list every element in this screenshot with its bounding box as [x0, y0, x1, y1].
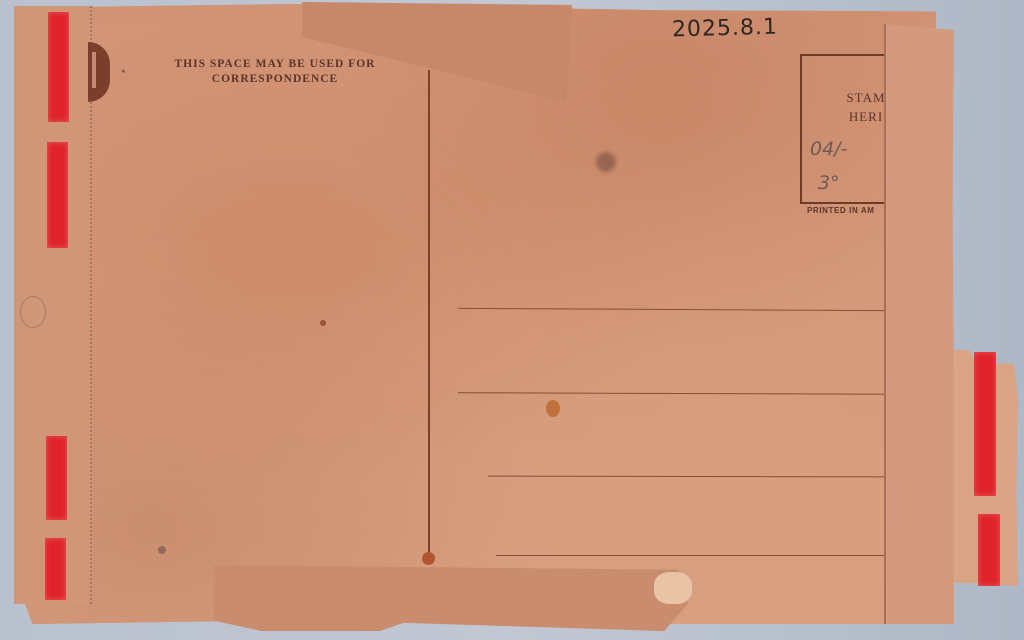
stain-dot-1: [320, 320, 326, 326]
handwritten-date: 2025.8.1: [672, 15, 779, 43]
tape-worn-patch: [654, 572, 692, 604]
red-bar-right-lower: [978, 514, 1000, 586]
stain-gray-spot: [596, 152, 616, 172]
printed-in-label: PRINTED IN AM: [807, 206, 875, 215]
correspondence-label: THIS SPACE MAY BE USED FOR CORRESPONDENC…: [130, 57, 420, 87]
red-bar-left-1: [48, 12, 69, 122]
asterisk-mark: *: [121, 68, 126, 78]
postcard-back: [14, 4, 936, 624]
right-paper-strip: [884, 24, 954, 624]
address-line-4: [496, 555, 890, 556]
paper-circle-mark: [20, 296, 46, 328]
red-bar-left-2: [47, 142, 68, 248]
correspondence-label-line2: CORRESPONDENCE: [130, 72, 420, 87]
red-bar-left-3: [46, 436, 67, 520]
correspondence-label-line1: THIS SPACE MAY BE USED FOR: [130, 57, 420, 72]
center-divider-line: [428, 70, 430, 564]
stamp-box: [800, 54, 890, 204]
stain-brown-spot: [546, 400, 560, 417]
ink-blot: [422, 552, 435, 565]
tape-bottom: [214, 563, 688, 631]
pencil-code-note: 3°: [818, 172, 840, 194]
red-bar-right-upper: [974, 352, 996, 496]
red-bar-left-4: [45, 538, 66, 600]
pencil-price-note: 04/-: [810, 138, 847, 160]
stain-dot-2: [158, 546, 166, 554]
